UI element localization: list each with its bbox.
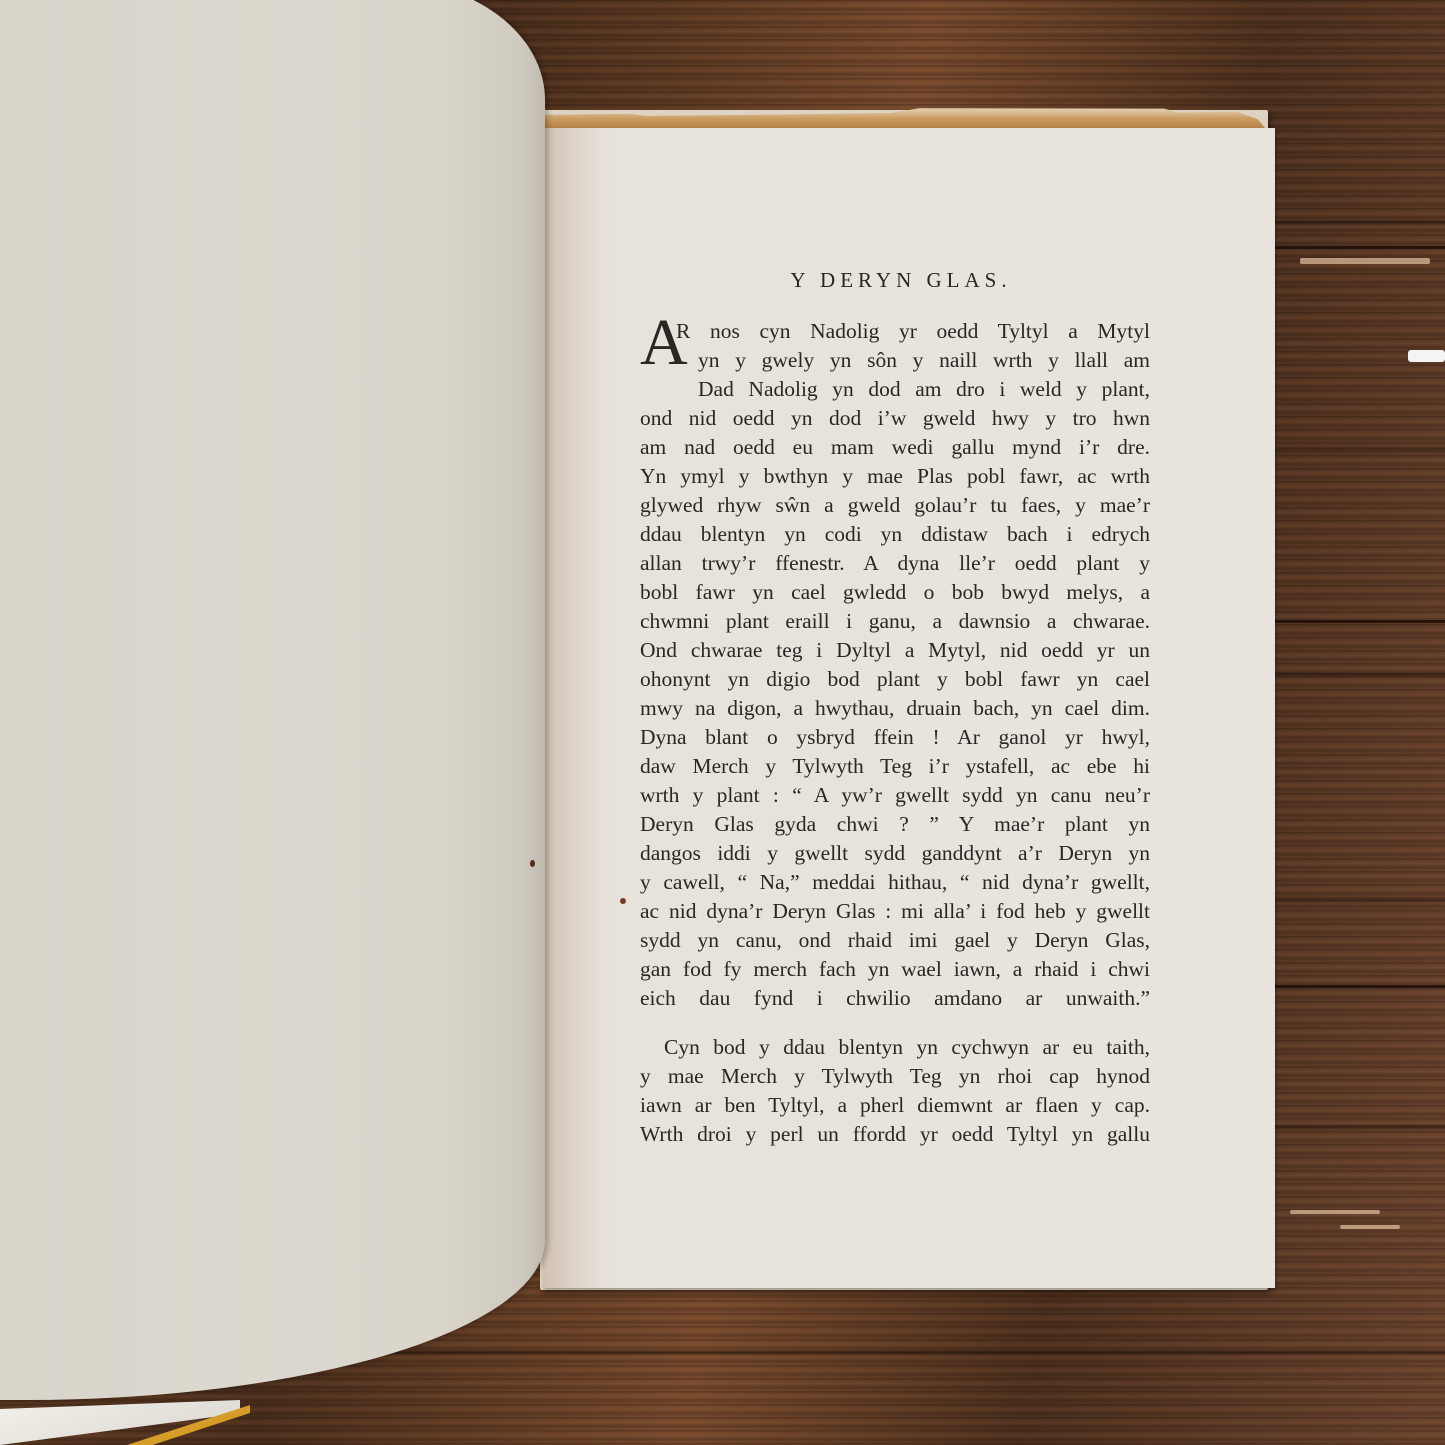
- text-line: ond nid oedd yn dod i’w gweld hwy y tro …: [640, 404, 1150, 433]
- gutter-shadow: [543, 128, 603, 1288]
- text-line: bobl fawr yn cael gwledd o bob bwyd mely…: [640, 578, 1150, 607]
- text-line: iawn ar ben Tyltyl, a pherl diemwnt ar f…: [640, 1091, 1150, 1120]
- paragraph-gap: [640, 1013, 1150, 1033]
- text-line: ac nid dyna’r Deryn Glas : mi alla’ i fo…: [640, 897, 1150, 926]
- text-line: allan trwy’r ffenestr. A dyna lle’r oedd…: [640, 549, 1150, 578]
- right-page: Y DERYN GLAS. A R nos cyn Nadolig yr oed…: [543, 128, 1275, 1288]
- text-line: glywed rhyw sŵn a gweld golau’r tu faes,…: [640, 491, 1150, 520]
- text-line: ddau blentyn yn codi yn ddistaw bach i e…: [640, 520, 1150, 549]
- page-text-block: Y DERYN GLAS. A R nos cyn Nadolig yr oed…: [640, 268, 1150, 1149]
- text-line: Ond chwarae teg i Dyltyl a Mytyl, nid oe…: [640, 636, 1150, 665]
- plank-seam: [1270, 246, 1445, 249]
- text-line: yn y gwely yn sôn y naill wrth y llall a…: [640, 346, 1150, 375]
- wood-chip: [1300, 258, 1430, 264]
- text-line: Cyn bod y ddau blentyn yn cychwyn ar eu …: [640, 1033, 1150, 1062]
- text-line: daw Merch y Tylwyth Teg i’r ystafell, ac…: [640, 752, 1150, 781]
- text-line: wrth y plant : “ A yw’r gwellt sydd yn c…: [640, 781, 1150, 810]
- text-line: chwmni plant eraill i ganu, a dawnsio a …: [640, 607, 1150, 636]
- foxing-spot: [530, 860, 535, 867]
- wood-chip: [1340, 1225, 1400, 1229]
- second-paragraph: Cyn bod y ddau blentyn yn cychwyn ar eu …: [640, 1033, 1150, 1149]
- text-line: eich dau fynd i chwilio amdano ar unwait…: [640, 984, 1150, 1013]
- text-line: Dyna blant o ysbryd ffein ! Ar ganol yr …: [640, 723, 1150, 752]
- text-line: Yn ymyl y bwthyn y mae Plas pobl fawr, a…: [640, 462, 1150, 491]
- text-line: Deryn Glas gyda chwi ? ” Y mae’r plant y…: [640, 810, 1150, 839]
- text-line: y cawell, “ Na,” meddai hithau, “ nid dy…: [640, 868, 1150, 897]
- plank-seam: [1270, 620, 1445, 623]
- text-line: ohonynt yn digio bod plant y bobl fawr y…: [640, 665, 1150, 694]
- text-line: gan fod fy merch fach yn wael iawn, a rh…: [640, 955, 1150, 984]
- drop-cap: A: [640, 313, 688, 373]
- text-line: y mae Merch y Tylwyth Teg yn rhoi cap hy…: [640, 1062, 1150, 1091]
- left-page-curved: [0, 0, 545, 1400]
- text-line: sydd yn canu, ond rhaid imi gael y Deryn…: [640, 926, 1150, 955]
- chapter-title: Y DERYN GLAS.: [640, 268, 1150, 293]
- first-paragraph: A R nos cyn Nadolig yr oedd Tyltyl a Myt…: [640, 317, 1150, 1013]
- paint-fleck: [1408, 350, 1445, 362]
- text-line: am nad oedd eu mam wedi gallu mynd i’r d…: [640, 433, 1150, 462]
- text-line: Wrth droi y perl un ffordd yr oedd Tylty…: [640, 1120, 1150, 1149]
- plank-seam: [1270, 985, 1445, 988]
- text-line: Dad Nadolig yn dod am dro i weld y plant…: [640, 375, 1150, 404]
- text-line: R nos cyn Nadolig yr oedd Tyltyl a Mytyl: [640, 317, 1150, 346]
- text-line: mwy na digon, a hwythau, druain bach, yn…: [640, 694, 1150, 723]
- wood-chip: [1290, 1210, 1380, 1214]
- text-line: dangos iddi y gwellt sydd ganddynt a’r D…: [640, 839, 1150, 868]
- foxing-spot: [620, 898, 626, 904]
